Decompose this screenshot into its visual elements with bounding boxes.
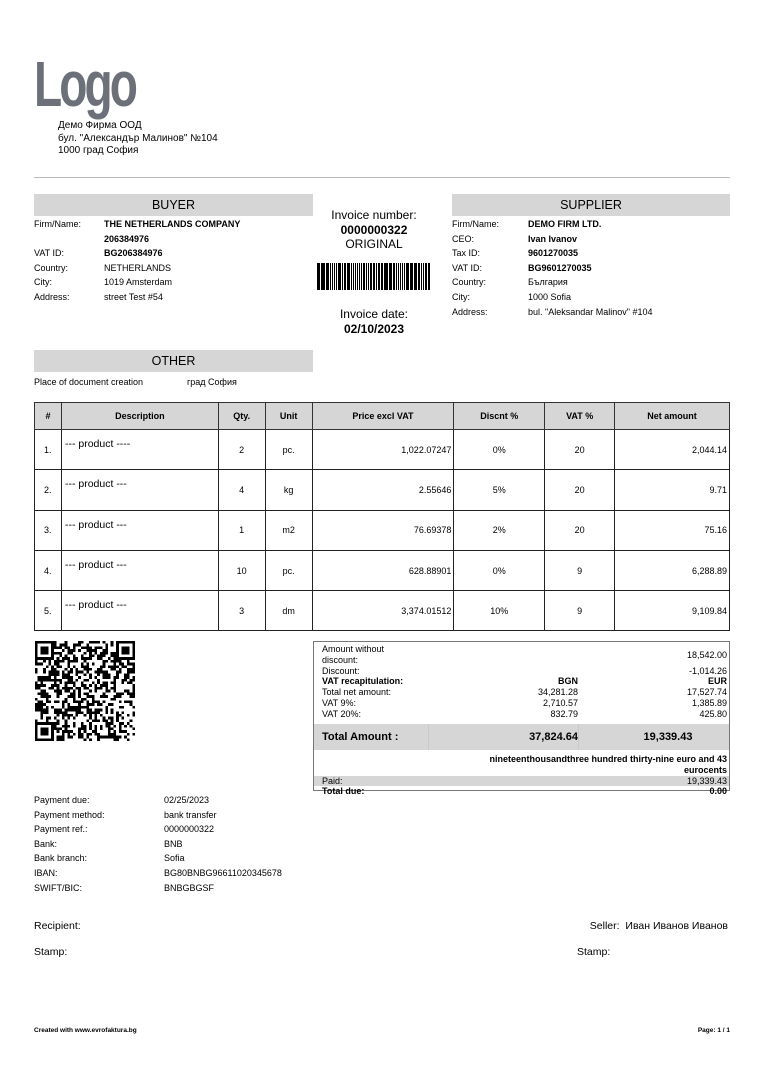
table-cell: 2 — [218, 430, 265, 470]
detail-row: VAT ID:BG206384976 — [34, 246, 313, 261]
vat9-bgn: 2,710.57 — [430, 698, 578, 709]
invoice-number-label: Invoice number: — [318, 208, 430, 223]
detail-value: 206384976 — [104, 232, 149, 247]
detail-value: BG9601270035 — [528, 261, 592, 276]
detail-row: City:1019 Amsterdam — [34, 275, 313, 290]
payment-row: SWIFT/BIC:BNBGBGSF — [34, 881, 282, 896]
table-cell: 75.16 — [615, 510, 730, 550]
barcode — [317, 263, 431, 290]
detail-value: 1000 Sofia — [528, 290, 571, 305]
discount-row: Discount: -1,014.26 — [314, 666, 729, 677]
column-header: VAT % — [545, 403, 615, 430]
table-cell: 1 — [218, 510, 265, 550]
detail-value: bul. "Aleksandar Malinov" #104 — [528, 305, 652, 320]
detail-row: VAT ID:BG9601270035 — [452, 261, 730, 276]
table-cell: pc. — [265, 430, 312, 470]
currency-bgn: BGN — [430, 676, 578, 687]
total-amount-label: Total Amount : — [314, 731, 428, 743]
column-header: Price excl VAT — [312, 403, 454, 430]
company-line: 1000 град София — [58, 145, 218, 158]
table-cell: 2,044.14 — [615, 430, 730, 470]
payment-details: Payment due:02/25/2023Payment method:ban… — [34, 793, 282, 895]
recipient-stamp-label: Stamp: — [34, 946, 67, 958]
invoice-date-block: Invoice date: 02/10/2023 — [318, 307, 430, 336]
detail-value: street Test #54 — [104, 290, 163, 305]
detail-label — [34, 232, 104, 247]
payment-value: Sofia — [164, 851, 185, 866]
detail-label: Firm/Name: — [34, 217, 104, 232]
detail-label: Address: — [452, 305, 528, 320]
detail-row: Tax ID:9601270035 — [452, 246, 730, 261]
column-header: Description — [61, 403, 218, 430]
payment-row: Payment due:02/25/2023 — [34, 793, 282, 808]
total-due-row: Total due: 0.00 — [314, 786, 729, 797]
seller-stamp-label: Stamp: — [577, 946, 610, 958]
currency-eur: EUR — [578, 676, 729, 687]
detail-label: Country: — [34, 261, 104, 276]
table-cell: 3,374.01512 — [312, 591, 454, 631]
table-cell: 4. — [35, 550, 62, 590]
column-header: Net amount — [615, 403, 730, 430]
table-cell: kg — [265, 470, 312, 510]
total-amount-row: Total Amount : 37,824.64 19,339.43 — [314, 724, 729, 750]
table-cell: 5. — [35, 591, 62, 631]
seller-signature: Seller: Иван Иванов Иванов — [590, 920, 728, 932]
payment-row: IBAN:BG80BNBG96611020345678 — [34, 866, 282, 881]
detail-label: Address: — [34, 290, 104, 305]
table-cell: 10% — [454, 591, 545, 631]
company-logo: Logo — [34, 52, 135, 116]
amount-in-words: nineteenthousandthree hundred thirty-nin… — [314, 750, 729, 776]
payment-label: Payment method: — [34, 808, 164, 823]
seller-name: Иван Иванов Иванов — [625, 920, 728, 932]
detail-row: Address:street Test #54 — [34, 290, 313, 305]
paid-value: 19,339.43 — [578, 776, 729, 787]
table-cell: 2% — [454, 510, 545, 550]
detail-row: CEO:Ivan Ivanov — [452, 232, 730, 247]
vat20-label: VAT 20%: — [314, 709, 430, 720]
detail-label: VAT ID: — [34, 246, 104, 261]
table-cell: 3. — [35, 510, 62, 550]
table-cell: 1. — [35, 430, 62, 470]
supplier-heading: SUPPLIER — [452, 194, 730, 216]
payment-value: BG80BNBG96611020345678 — [164, 866, 282, 881]
totals-box: Amount without discount: 18,542.00 Disco… — [313, 641, 730, 791]
place-label: Place of document creation — [34, 375, 187, 390]
company-line: бул. "Александър Малинов" №104 — [58, 133, 218, 146]
column-header: Unit — [265, 403, 312, 430]
discount-label: Discount: — [314, 666, 430, 677]
detail-value: 9601270035 — [528, 246, 578, 261]
vat9-eur: 1,385.89 — [578, 698, 729, 709]
table-cell: 9 — [545, 550, 615, 590]
detail-value: DEMO FIRM LTD. — [528, 217, 601, 232]
vat20-eur: 425.80 — [578, 709, 729, 720]
table-row: 3.--- product ---1m276.693782%2075.16 — [35, 510, 730, 550]
table-row: 4.--- product ---10pc.628.889010%96,288.… — [35, 550, 730, 590]
place-of-creation: Place of document creation град София — [34, 375, 237, 390]
table-cell: 6,288.89 — [615, 550, 730, 590]
table-cell: 2. — [35, 470, 62, 510]
vat-recap-row: VAT recapitulation: BGN EUR — [314, 676, 729, 687]
amount-without-discount-value: 18,542.00 — [578, 644, 729, 666]
table-cell: 5% — [454, 470, 545, 510]
detail-label: Country: — [452, 275, 528, 290]
detail-row: 206384976 — [34, 232, 313, 247]
items-table: #DescriptionQty.UnitPrice excl VATDiscnt… — [34, 402, 730, 631]
company-line: Демо Фирма ООД — [58, 120, 218, 133]
total-due-label: Total due: — [314, 786, 430, 797]
amount-without-discount-label: Amount without discount: — [314, 644, 404, 666]
detail-label: CEO: — [452, 232, 528, 247]
table-cell: 2.55646 — [312, 470, 454, 510]
table-header-row: #DescriptionQty.UnitPrice excl VATDiscnt… — [35, 403, 730, 430]
table-cell: --- product --- — [61, 550, 218, 590]
page-number: Page: 1 / 1 — [698, 1027, 730, 1034]
detail-label: City: — [34, 275, 104, 290]
detail-label: City: — [452, 290, 528, 305]
table-cell: 76.69378 — [312, 510, 454, 550]
amount-without-discount-row: Amount without discount: 18,542.00 — [314, 644, 729, 666]
table-cell: 20 — [545, 510, 615, 550]
table-cell: 10 — [218, 550, 265, 590]
other-heading: OTHER — [34, 350, 313, 372]
detail-value: NETHERLANDS — [104, 261, 171, 276]
table-cell: 20 — [545, 430, 615, 470]
invoice-copy-type: ORIGINAL — [318, 237, 430, 252]
detail-row: Address:bul. "Aleksandar Malinov" #104 — [452, 305, 730, 320]
vat9-label: VAT 9%: — [314, 698, 430, 709]
net-eur: 17,527.74 — [578, 687, 729, 698]
recipient-label: Recipient: — [34, 920, 81, 932]
vat-recap-label: VAT recapitulation: — [314, 676, 430, 687]
table-cell: pc. — [265, 550, 312, 590]
table-row: 2.--- product ---4kg2.556465%209.71 — [35, 470, 730, 510]
table-cell: --- product ---- — [61, 430, 218, 470]
table-cell: 0% — [454, 550, 545, 590]
payment-label: Payment ref.: — [34, 822, 164, 837]
detail-label: Firm/Name: — [452, 217, 528, 232]
table-cell: 9 — [545, 591, 615, 631]
payment-row: Payment ref.:0000000322 — [34, 822, 282, 837]
detail-value: THE NETHERLANDS COMPANY — [104, 217, 240, 232]
total-due-value: 0.00 — [578, 786, 729, 797]
paid-label: Paid: — [314, 776, 430, 787]
net-bgn: 34,281.28 — [430, 687, 578, 698]
table-cell: --- product --- — [61, 510, 218, 550]
seller-label: Seller: — [590, 920, 620, 932]
detail-value: 1019 Amsterdam — [104, 275, 172, 290]
vat9-row: VAT 9%: 2,710.57 1,385.89 — [314, 698, 729, 709]
table-cell: 0% — [454, 430, 545, 470]
table-cell: 20 — [545, 470, 615, 510]
supplier-details: Firm/Name:DEMO FIRM LTD.CEO:Ivan IvanovT… — [452, 217, 730, 319]
discount-value: -1,014.26 — [578, 666, 729, 677]
detail-row: Country:NETHERLANDS — [34, 261, 313, 276]
column-header: Qty. — [218, 403, 265, 430]
column-header: Discnt % — [454, 403, 545, 430]
invoice-info: Invoice number: 0000000322 ORIGINAL — [318, 208, 430, 252]
header-divider — [34, 177, 730, 178]
table-cell: m2 — [265, 510, 312, 550]
detail-value: Ivan Ivanov — [528, 232, 577, 247]
created-with: Created with www.evrofaktura.bg — [34, 1027, 137, 1034]
buyer-details: Firm/Name:THE NETHERLANDS COMPANY2063849… — [34, 217, 313, 305]
table-cell: 1,022.07247 — [312, 430, 454, 470]
payment-value: 0000000322 — [164, 822, 214, 837]
vat20-row: VAT 20%: 832.79 425.80 — [314, 709, 729, 720]
table-cell: 9.71 — [615, 470, 730, 510]
payment-value: BNBGBGSF — [164, 881, 214, 896]
payment-value: 02/25/2023 — [164, 793, 209, 808]
net-row: Total net amount: 34,281.28 17,527.74 — [314, 687, 729, 698]
payment-value: bank transfer — [164, 808, 217, 823]
detail-value: България — [528, 275, 568, 290]
qr-code — [35, 641, 135, 741]
company-address: Демо Фирма ООД бул. "Александър Малинов"… — [58, 120, 218, 158]
payment-row: Bank:BNB — [34, 837, 282, 852]
payment-label: Bank branch: — [34, 851, 164, 866]
table-cell: --- product --- — [61, 470, 218, 510]
vat20-bgn: 832.79 — [430, 709, 578, 720]
table-cell: --- product --- — [61, 591, 218, 631]
table-cell: 4 — [218, 470, 265, 510]
payment-row: Bank branch:Sofia — [34, 851, 282, 866]
payment-row: Payment method:bank transfer — [34, 808, 282, 823]
detail-label: VAT ID: — [452, 261, 528, 276]
table-cell: 3 — [218, 591, 265, 631]
table-cell: 9,109.84 — [615, 591, 730, 631]
detail-row: Firm/Name:THE NETHERLANDS COMPANY — [34, 217, 313, 232]
detail-row: Firm/Name:DEMO FIRM LTD. — [452, 217, 730, 232]
invoice-date-label: Invoice date: — [318, 307, 430, 322]
table-row: 5.--- product ---3dm3,374.0151210%99,109… — [35, 591, 730, 631]
detail-row: City:1000 Sofia — [452, 290, 730, 305]
invoice-number: 0000000322 — [318, 223, 430, 238]
table-row: 1.--- product ----2pc.1,022.072470%202,0… — [35, 430, 730, 470]
column-header: # — [35, 403, 62, 430]
detail-label: Tax ID: — [452, 246, 528, 261]
total-amount-bgn: 37,824.64 — [428, 724, 578, 750]
payment-label: Bank: — [34, 837, 164, 852]
payment-label: IBAN: — [34, 866, 164, 881]
payment-label: Payment due: — [34, 793, 164, 808]
table-cell: dm — [265, 591, 312, 631]
detail-row: Country:България — [452, 275, 730, 290]
detail-value: BG206384976 — [104, 246, 163, 261]
payment-value: BNB — [164, 837, 183, 852]
invoice-date: 02/10/2023 — [318, 322, 430, 337]
net-label: Total net amount: — [314, 687, 430, 698]
place-value: град София — [187, 375, 237, 390]
total-amount-eur: 19,339.43 — [578, 724, 729, 750]
paid-row: Paid: 19,339.43 — [314, 776, 729, 787]
buyer-heading: BUYER — [34, 194, 313, 216]
table-cell: 628.88901 — [312, 550, 454, 590]
payment-label: SWIFT/BIC: — [34, 881, 164, 896]
